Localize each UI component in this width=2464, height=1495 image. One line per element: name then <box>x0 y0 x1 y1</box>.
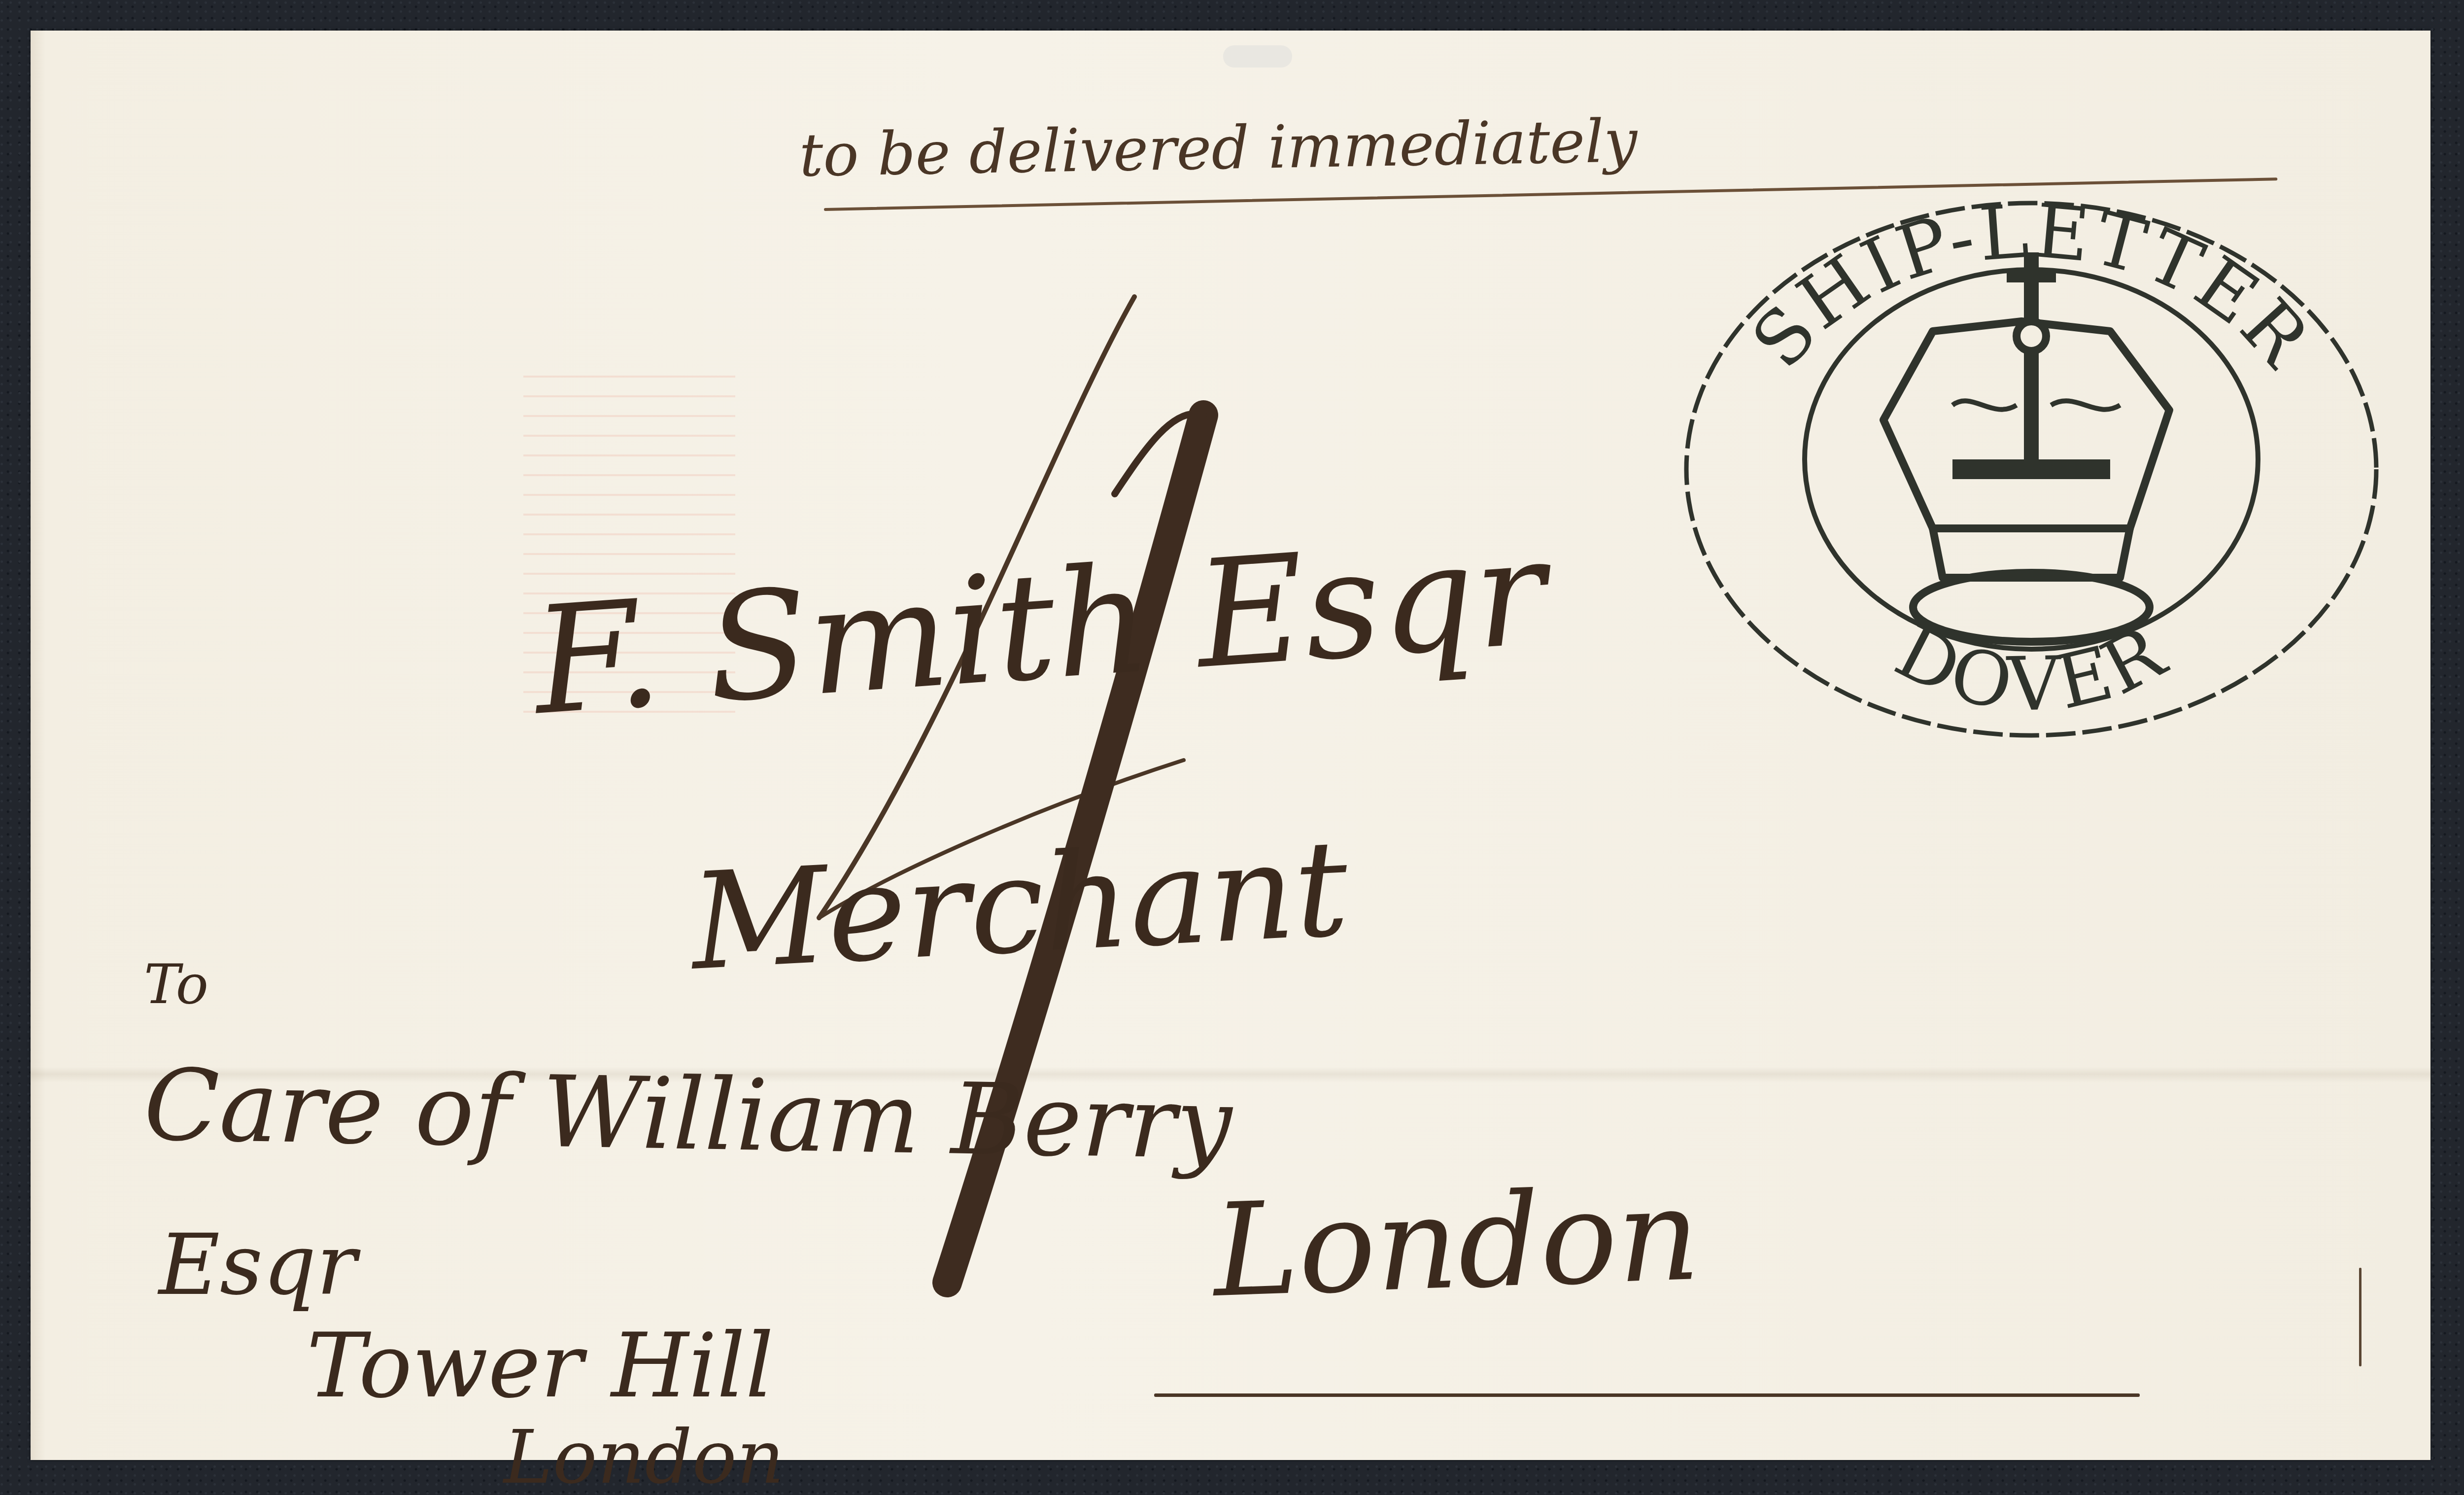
ship-letter-handstamp: SHIP-LETTER DOVER <box>1677 174 2386 740</box>
city-underline <box>1154 1393 2140 1397</box>
letter-cover: to be delivered immediately F. Smith Esq… <box>31 31 2430 1460</box>
addressee-city: London <box>1211 1171 1702 1316</box>
care-of-prefix: To <box>144 957 208 1011</box>
crown-icon <box>1883 252 2169 642</box>
seal-tab <box>1223 45 1292 68</box>
handstamp-graphic: SHIP-LETTER DOVER <box>1677 174 2386 740</box>
care-of-line-1: Care of William Berry <box>143 1056 1232 1174</box>
endorsement-text: to be delivered immediately <box>799 112 1638 186</box>
addressee-title: Merchant <box>688 822 1351 989</box>
fold-edge <box>31 31 45 1460</box>
care-of-line-3: Tower Hill <box>307 1322 774 1411</box>
care-of-line-2: Esqr <box>159 1223 356 1307</box>
care-of-line-4: London <box>504 1421 784 1495</box>
pencil-tick-mark <box>2359 1268 2361 1366</box>
